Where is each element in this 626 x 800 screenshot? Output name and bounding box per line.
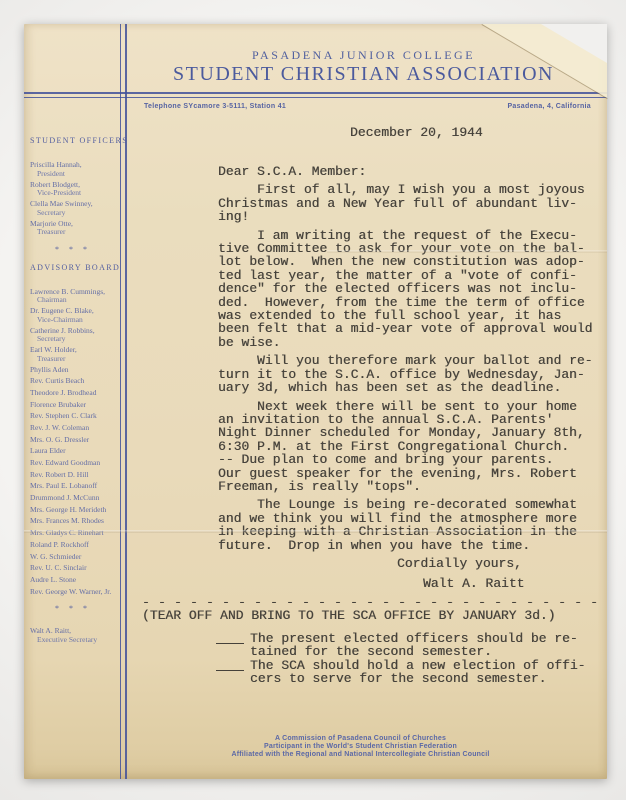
advisory-member: Rev. U. C. Sinclair [30, 564, 116, 573]
advisory-member: Phyllis Aden [30, 366, 116, 375]
advisory-member: Laura Elder [30, 447, 116, 456]
letter-paragraph: First of all, may I wish you a most joyo… [218, 183, 600, 223]
advisory-member: Rev. Curtis Beach [30, 377, 116, 386]
tearoff-dashed-line: - - - - - - - - - - - - - - - - - - - - … [142, 596, 612, 609]
letter-paragraph: The Lounge is being re-decorated somewha… [218, 498, 600, 552]
student-officers-heading: STUDENT OFFICERS [30, 136, 116, 145]
advisory-member: Audre L. Stone [30, 576, 116, 585]
ballot-options: The present elected officers should be r… [142, 632, 612, 686]
letter-page: PASADENA JUNIOR COLLEGE STUDENT CHRISTIA… [24, 24, 607, 779]
closing-line: Cordially yours, [218, 557, 600, 570]
advisory-officers-list: Lawrence B. Cummings,ChairmanDr. Eugene … [30, 288, 116, 364]
city-line: Pasadena, 4, California [507, 103, 591, 110]
advisory-member: Rev. Edward Goodman [30, 459, 116, 468]
letter-paragraph: Next week there will be sent to your hom… [218, 400, 600, 494]
officer-entry: Priscilla Hannah,President [30, 161, 116, 178]
letterhead-rule [24, 92, 607, 98]
advisory-officer-title: Secretary [30, 335, 116, 344]
letter-date: December 20, 1944 [350, 125, 483, 140]
executive-secretary-title: Executive Secretary [30, 636, 116, 645]
organization-name: STUDENT CHRISTIAN ASSOCIATION [120, 63, 607, 86]
advisory-members-list: Phyllis AdenRev. Curtis BeachTheodore J.… [30, 366, 116, 597]
advisory-officer-entry: Dr. Eugene C. Blake,Vice-Chairman [30, 307, 116, 324]
ballot-blank-line [216, 632, 244, 644]
advisory-member: Rev. George W. Warner, Jr. [30, 588, 116, 597]
advisory-member: Drummond J. McCunn [30, 494, 116, 503]
officer-entry: Clella Mae Swinney,Secretary [30, 200, 116, 217]
salutation: Dear S.C.A. Member: [218, 165, 600, 178]
advisory-officer-title: Chairman [30, 296, 116, 305]
advisory-member: Rev. Stephen C. Clark [30, 412, 116, 421]
advisory-member: Rev. J. W. Coleman [30, 424, 116, 433]
advisory-board-heading: ADVISORY BOARD [30, 263, 116, 272]
advisory-member: Mrs. Gladys C. Rinehart [30, 529, 116, 538]
advisory-member: Theodore J. Brodhead [30, 389, 116, 398]
letter-paragraph: I am writing at the request of the Execu… [218, 229, 600, 350]
officer-title: President [30, 170, 116, 179]
officer-title: Secretary [30, 209, 116, 218]
student-officers-list: Priscilla Hannah,PresidentRobert Blodget… [30, 161, 116, 237]
ballot-option: The present elected officers should be r… [142, 632, 612, 659]
footer-line: A Commission of Pasadena Council of Chur… [134, 735, 587, 743]
advisory-member: W. G. Schmieder [30, 553, 116, 562]
ballot-option-text: The present elected officers should be r… [250, 632, 578, 659]
footer-affiliations: A Commission of Pasadena Council of Chur… [134, 735, 587, 758]
tearoff-ballot-section: - - - - - - - - - - - - - - - - - - - - … [142, 596, 612, 685]
ballot-blank-line [216, 659, 244, 671]
separator-stars: * * * [30, 604, 116, 613]
officer-entry: Marjorie Otte,Treasurer [30, 220, 116, 237]
ballot-option-text: The SCA should hold a new election of of… [250, 659, 585, 686]
signature-name: Walt A. Raitt [218, 577, 600, 590]
footer-line: Affiliated with the Regional and Nationa… [134, 751, 587, 759]
letter-body: Dear S.C.A. Member: First of all, may I … [218, 165, 600, 591]
advisory-member: Mrs. Paul E. Lobanoff [30, 482, 116, 491]
executive-secretary-entry: Walt A. Raitt, Executive Secretary [30, 627, 116, 644]
advisory-member: Mrs. O. G. Dressler [30, 436, 116, 445]
tearoff-instruction: (TEAR OFF AND BRING TO THE SCA OFFICE BY… [142, 609, 612, 622]
telephone-line: Telephone SYcamore 3-5111, Station 41 [144, 103, 286, 110]
sidebar: STUDENT OFFICERS Priscilla Hannah,Presid… [30, 136, 116, 647]
letter-paragraphs: First of all, may I wish you a most joyo… [218, 183, 600, 552]
advisory-member: Roland P. Rockhoff [30, 541, 116, 550]
letter-paragraph: Will you therefore mark your ballot and … [218, 354, 600, 394]
advisory-officer-entry: Catherine J. Robbins,Secretary [30, 327, 116, 344]
advisory-member: Mrs. Frances M. Rhodes [30, 517, 116, 526]
separator-stars: * * * [30, 245, 116, 254]
letterhead-contact-row: Telephone SYcamore 3-5111, Station 41 Pa… [144, 103, 591, 110]
advisory-officer-title: Treasurer [30, 355, 116, 364]
advisory-officer-entry: Earl W. Holder,Treasurer [30, 346, 116, 363]
officer-entry: Robert Blodgett,Vice-President [30, 181, 116, 198]
officer-title: Treasurer [30, 228, 116, 237]
advisory-officer-entry: Lawrence B. Cummings,Chairman [30, 288, 116, 305]
advisory-member: Mrs. George H. Merideth [30, 506, 116, 515]
advisory-member: Rev. Robert D. Hill [30, 471, 116, 480]
advisory-officer-title: Vice-Chairman [30, 316, 116, 325]
officer-title: Vice-President [30, 189, 116, 198]
ballot-option: The SCA should hold a new election of of… [142, 659, 612, 686]
scanned-letter-view: { "colors":{"paper":"#e9daba","rule_blue… [0, 0, 626, 800]
footer-line: Participant in the World's Student Chris… [134, 743, 587, 751]
advisory-member: Florence Brubaker [30, 401, 116, 410]
